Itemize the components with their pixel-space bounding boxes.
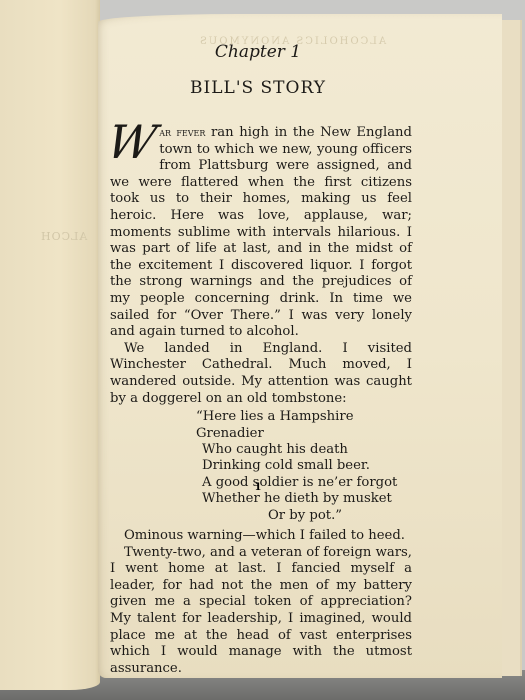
poem-line: Whether he dieth by musket bbox=[196, 491, 412, 507]
chapter-title: BILL'S STORY bbox=[98, 78, 418, 98]
opening-smallcaps: ar fever bbox=[159, 125, 205, 139]
page-number: 1 bbox=[98, 482, 418, 493]
paragraph-2: We landed in England. I visited Winchest… bbox=[110, 341, 412, 407]
paragraph-3: Ominous warning—which I failed to heed. bbox=[110, 528, 412, 545]
left-page-bleedthrough-text: ALCOH bbox=[40, 230, 87, 243]
poem-line: “Here lies a Hampshire Grenadier bbox=[196, 409, 412, 442]
body-text: War fever ran high in the New England to… bbox=[110, 124, 412, 677]
tombstone-poem: “Here lies a Hampshire Grenadier Who cau… bbox=[196, 409, 412, 524]
right-page: ALCOHOLICS ANONYMOUS Chapter 1 BILL'S ST… bbox=[98, 14, 502, 678]
poem-line: Drinking cold small beer. bbox=[196, 458, 412, 474]
left-page: ALCOH bbox=[0, 0, 100, 690]
poem-line: Who caught his death bbox=[196, 442, 412, 458]
poem-line: Or by pot.” bbox=[196, 508, 412, 524]
chapter-label: Chapter 1 bbox=[98, 42, 418, 62]
drop-cap: W bbox=[104, 124, 159, 160]
paragraph-1-text: ran high in the New England town to whic… bbox=[110, 125, 412, 339]
paragraph-4: Twenty-two, and a veteran of foreign war… bbox=[110, 545, 412, 678]
paragraph-1: War fever ran high in the New England to… bbox=[110, 124, 412, 341]
